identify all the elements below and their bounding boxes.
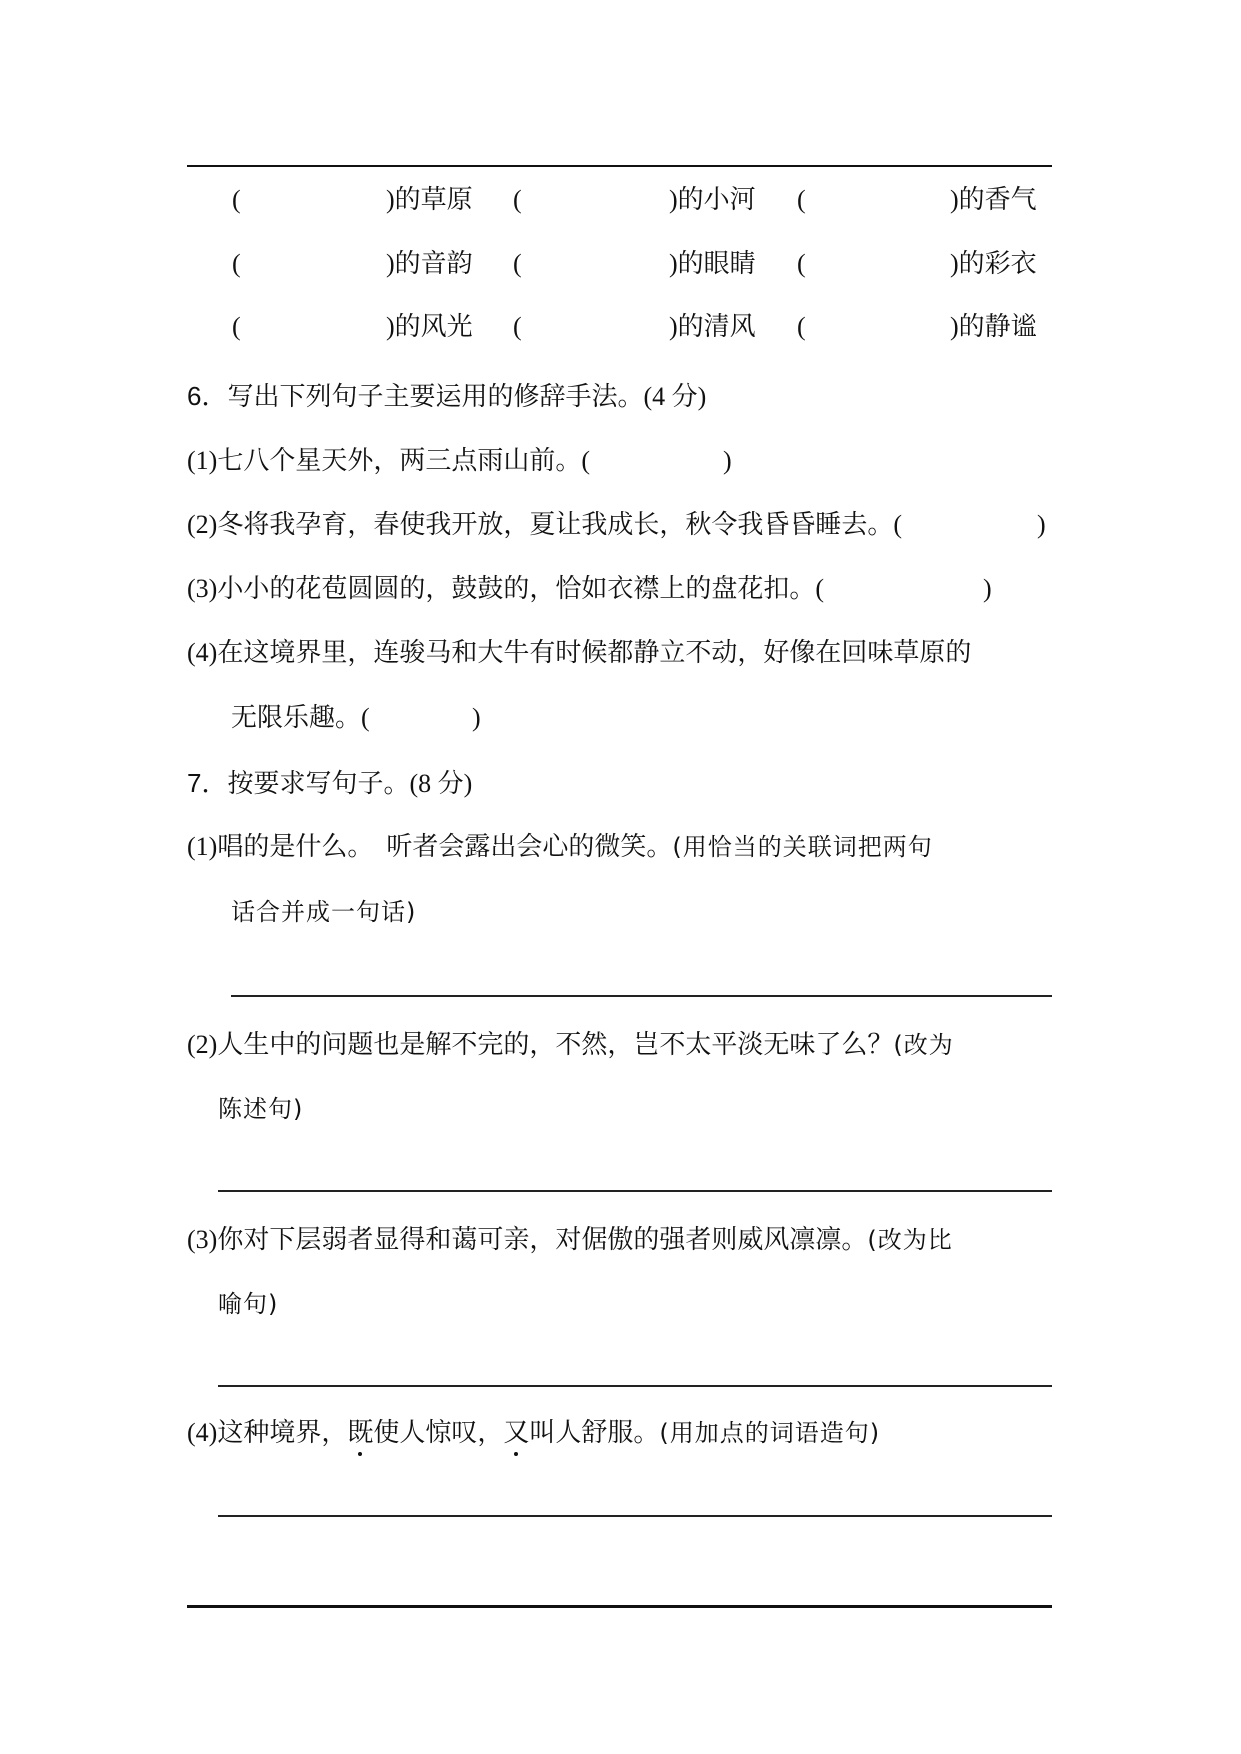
fill-blank-item: )的眼睛 xyxy=(669,249,756,279)
open-paren: ( xyxy=(513,312,522,342)
fill-blank-item: )的清风 xyxy=(669,312,756,342)
item-hint-cont: 话合并成一句话) xyxy=(231,898,416,926)
answer-line-2[interactable] xyxy=(218,1190,1052,1192)
q7-item-3-cont: 喻句) xyxy=(218,1289,278,1319)
item-text: 使人惊叹， xyxy=(373,1418,503,1447)
question-6-heading: 6．写出下列句子主要运用的修辞手法。(4 分) xyxy=(187,381,706,412)
item-hint: (用恰当的关联词把两句 xyxy=(672,833,932,861)
open-paren: ( xyxy=(513,249,522,279)
item-hint: (改为比 xyxy=(867,1226,952,1254)
open-paren: ( xyxy=(232,249,241,279)
question-number: 7． xyxy=(187,768,227,798)
open-paren: ( xyxy=(513,185,522,215)
q7-item-1-cont: 话合并成一句话) xyxy=(231,897,416,927)
q7-item-1: (1)唱的是什么。 听者会露出会心的微笑。(用恰当的关联词把两句 xyxy=(187,832,933,862)
answer-line-4[interactable] xyxy=(218,1515,1052,1517)
open-paren: ( xyxy=(232,312,241,342)
top-divider xyxy=(187,165,1052,167)
item-hint: (改为 xyxy=(893,1031,953,1059)
item-text: (1)七八个星天外，两三点雨山前。( xyxy=(187,446,590,475)
item-text: (2)人生中的问题也是解不完的，不然，岂不太平淡无味了么？ xyxy=(187,1030,893,1059)
q7-item-4: (4)这种境界，既使人惊叹，又叫人舒服。(用加点的词语造句) xyxy=(187,1418,880,1448)
q7-item-3: (3)你对下层弱者显得和蔼可亲，对倨傲的强者则威风凛凛。(改为比 xyxy=(187,1225,953,1255)
item-text: (4)这种境界， xyxy=(187,1418,347,1447)
close-paren: ) xyxy=(472,703,481,733)
q6-item-4: (4)在这境界里，连骏马和大牛有时候都静立不动，好像在回味草原的 xyxy=(187,638,971,668)
fill-blank-item: )的风光 xyxy=(386,312,473,342)
item-hint-cont: 陈述句) xyxy=(218,1095,303,1123)
emphasis-dot-word: 又 xyxy=(503,1418,529,1448)
fill-blank-item: )的彩衣 xyxy=(950,249,1037,279)
open-paren: ( xyxy=(797,185,806,215)
open-paren: ( xyxy=(797,312,806,342)
question-7-heading: 7．按要求写句子。(8 分) xyxy=(187,768,472,799)
item-text: (3)你对下层弱者显得和蔼可亲，对倨傲的强者则威风凛凛。 xyxy=(187,1225,867,1254)
item-text-cont: 无限乐趣。( xyxy=(231,703,370,732)
close-paren: ) xyxy=(1037,510,1046,540)
bottom-divider xyxy=(187,1605,1052,1608)
q6-item-4-cont: 无限乐趣。( xyxy=(231,703,370,733)
q7-item-2-cont: 陈述句) xyxy=(218,1094,303,1124)
q6-item-2: (2)冬将我孕育，春使我开放，夏让我成长，秋令我昏昏睡去。( xyxy=(187,510,902,540)
item-text: (1)唱的是什么。 听者会露出会心的微笑。 xyxy=(187,832,672,861)
open-paren: ( xyxy=(232,185,241,215)
item-hint: (用加点的词语造句) xyxy=(659,1419,880,1447)
item-text: 叫人舒服。 xyxy=(529,1418,659,1447)
item-text: (4)在这境界里，连骏马和大牛有时候都静立不动，好像在回味草原的 xyxy=(187,638,971,667)
question-number: 6． xyxy=(187,381,227,411)
answer-line-3[interactable] xyxy=(218,1385,1052,1387)
question-title: 写出下列句子主要运用的修辞手法。(4 分) xyxy=(227,382,706,411)
fill-blank-item: )的草原 xyxy=(386,185,473,215)
emphasis-dot-word: 既 xyxy=(347,1418,373,1448)
item-hint-cont: 喻句) xyxy=(218,1290,278,1318)
fill-blank-item: )的小河 xyxy=(669,185,756,215)
q6-item-3: (3)小小的花苞圆圆的，鼓鼓的，恰如衣襟上的盘花扣。( xyxy=(187,574,824,604)
item-text: (2)冬将我孕育，春使我开放，夏让我成长，秋令我昏昏睡去。( xyxy=(187,510,902,539)
fill-blank-item: )的静谧 xyxy=(950,312,1037,342)
question-title: 按要求写句子。(8 分) xyxy=(227,769,472,798)
close-paren: ) xyxy=(983,574,992,604)
open-paren: ( xyxy=(797,249,806,279)
fill-blank-item: )的音韵 xyxy=(386,249,473,279)
answer-line-1[interactable] xyxy=(231,995,1052,997)
close-paren: ) xyxy=(723,446,732,476)
item-text: (3)小小的花苞圆圆的，鼓鼓的，恰如衣襟上的盘花扣。( xyxy=(187,574,824,603)
q6-item-1: (1)七八个星天外，两三点雨山前。( xyxy=(187,446,590,476)
fill-blank-item: )的香气 xyxy=(950,185,1037,215)
q7-item-2: (2)人生中的问题也是解不完的，不然，岂不太平淡无味了么？(改为 xyxy=(187,1030,954,1060)
